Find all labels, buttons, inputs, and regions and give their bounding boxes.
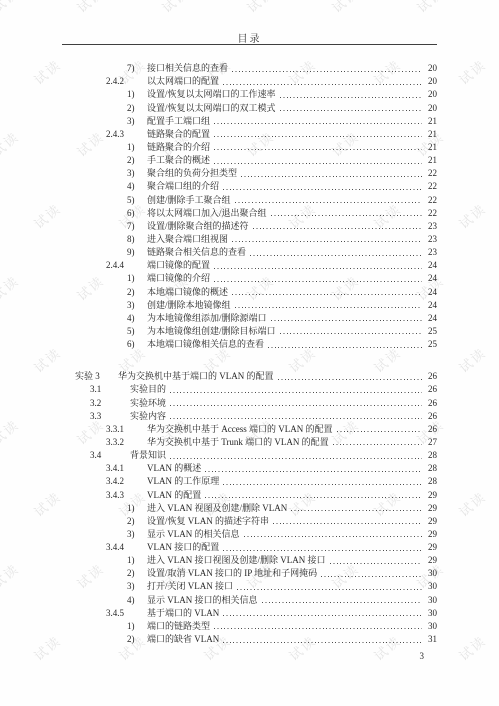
watermark-text: 试读	[454, 487, 489, 521]
toc-entry-number: 3.4.5	[106, 608, 147, 619]
toc-row: 7)接口相关信息的查看20	[0, 61, 437, 74]
toc-leader-dots	[235, 307, 422, 308]
toc-entry-label: 端口镜像的配置	[147, 260, 210, 271]
toc-entry-label: VLAN 的工作原理	[147, 476, 219, 487]
toc-page-number: 28	[425, 450, 437, 461]
toc-entry-number: 7)	[127, 221, 147, 232]
toc-entry-number: 3)	[127, 581, 147, 592]
toc-leader-dots	[244, 536, 423, 537]
toc-entry-label: 链路聚合的介绍	[147, 142, 210, 153]
toc-entry-number: 3)	[127, 168, 147, 179]
toc-entry-label: 设置/恢复 VLAN 的描述字符串	[147, 516, 269, 527]
toc-entry-number: 9)	[127, 247, 147, 258]
toc-entry-label: 设置/恢复以太网端口的工作速率	[147, 89, 276, 100]
toc-leader-dots	[223, 189, 422, 190]
watermark-text: 试读	[454, 55, 489, 89]
toc-leader-dots	[273, 523, 422, 524]
toc-leader-dots	[205, 497, 422, 498]
toc-page-number: 29	[425, 529, 437, 540]
document-page: 试读试读试读试读试读试读试读试读试读试读试读试读试读试读试读试读试读试读试读试读…	[0, 0, 499, 706]
toc-entry-label: 设置/恢复以太网端口的双工模式	[147, 103, 276, 114]
toc-entry-number: 4)	[127, 181, 147, 192]
toc-entry-label: 端口的链路类型	[147, 621, 210, 632]
toc-row: 4)聚合端口组的介绍22	[0, 179, 437, 192]
toc-leader-dots	[291, 510, 422, 511]
toc-leader-dots	[321, 576, 422, 577]
toc-row: 1)端口的链路类型30	[0, 619, 437, 632]
toc-row: 2)设置/恢复以太网端口的双工模式20	[0, 100, 437, 113]
toc-page-number: 25	[425, 339, 437, 350]
toc-page-number: 24	[425, 260, 437, 271]
toc-page-number: 23	[425, 221, 437, 232]
toc-entry-number: 2)	[127, 103, 147, 114]
toc-row: 3.3.1华为交换机中基于 Access 端口的 VLAN 的配置26	[0, 422, 437, 435]
toc-leader-dots	[223, 84, 422, 85]
toc-entry-label: 显示 VLAN 的相关信息	[147, 529, 240, 540]
watermark-text: 试读	[412, 0, 447, 16]
toc-page-number: 21	[425, 142, 437, 153]
toc-leader-dots	[330, 563, 423, 564]
toc-page-number: 29	[425, 503, 437, 514]
toc-entry-label: 为本地镜像组创建/删除目标端口	[147, 326, 276, 337]
toc-row: 3.4.5基于端口的 VLAN30	[0, 606, 437, 619]
toc-row: 2)本地端口镜像的概述24	[0, 284, 437, 297]
toc-row: 1)设置/恢复以太网端口的工作速率20	[0, 87, 437, 100]
toc-page-number: 22	[425, 168, 437, 179]
toc-entry-label: 背景知识	[130, 450, 166, 461]
toc-row: 3.1实验目的26	[0, 382, 437, 395]
toc-leader-dots	[214, 149, 422, 150]
toc-leader-dots	[280, 97, 422, 98]
toc-leader-dots	[253, 228, 422, 229]
toc-entry-number: 3.4.3	[106, 490, 147, 501]
toc-entry-label: 设置/取消 VLAN 接口的 IP 地址和子网掩码	[147, 568, 317, 579]
toc-row: 2)设置/取消 VLAN 接口的 IP 地址和子网掩码30	[0, 566, 437, 579]
toc-page-number: 24	[425, 300, 437, 311]
toc-entry-label: 实验内容	[130, 411, 166, 422]
toc-entry-number: 2)	[127, 516, 147, 527]
toc-page-number: 23	[425, 234, 437, 245]
toc-row: 3)显示 VLAN 的相关信息29	[0, 527, 437, 540]
toc-page-number: 22	[425, 208, 437, 219]
toc-entry-label: 以太网端口的配置	[147, 76, 219, 87]
watermark-text: 试读	[454, 199, 489, 233]
toc-entry-label: 本地端口镜像相关信息的查看	[147, 339, 264, 350]
toc-leader-dots	[214, 136, 422, 137]
toc-entry-label: 配置手工端口组	[147, 116, 210, 127]
toc-entry-label: 链路聚合的配置	[147, 129, 210, 140]
toc-entry-label: 设置/删除聚合组的描述符	[147, 221, 249, 232]
toc-row: 3.4.2VLAN 的工作原理28	[0, 474, 437, 487]
toc-leader-dots	[278, 379, 423, 380]
toc-entry-label: 华为交换机中基于 Access 端口的 VLAN 的配置	[147, 424, 333, 435]
toc-page-number: 28	[425, 463, 437, 474]
toc-leader-dots	[223, 615, 422, 616]
toc-entry-number: 8)	[127, 234, 147, 245]
toc-entry-number: 1)	[127, 503, 147, 514]
toc-leader-dots	[241, 176, 422, 177]
toc-entry-number: 2.4.4	[106, 260, 147, 271]
toc-page-number: 29	[425, 516, 437, 527]
toc-entry-number: 2)	[127, 568, 147, 579]
toc-page-number: 26	[425, 384, 437, 395]
toc-leader-dots	[235, 202, 422, 203]
toc-row: 5)创建/删除手工聚合组22	[0, 192, 437, 205]
toc-page-number: 30	[425, 581, 437, 592]
toc-leader-dots	[214, 163, 422, 164]
toc-entry-label: 基于端口的 VLAN	[147, 608, 219, 619]
toc-leader-dots	[223, 642, 422, 643]
toc-row: 3)打开/关闭 VLAN 接口30	[0, 579, 437, 592]
toc-page-number: 21	[425, 116, 437, 127]
toc-page-number: 21	[425, 155, 437, 166]
toc-entry-number: 3)	[127, 300, 147, 311]
toc-page-number: 30	[425, 595, 437, 606]
toc-entry-number: 3.1	[90, 384, 130, 395]
toc-leader-dots	[237, 589, 422, 590]
toc-entry-number: 1)	[127, 555, 147, 566]
toc-entry-number: 3)	[127, 529, 147, 540]
toc-row: 3)聚合组的负荷分担类型22	[0, 166, 437, 179]
toc-entry-label: 手工聚合的概述	[147, 155, 210, 166]
toc-entry-number: 实验 3	[75, 371, 118, 382]
toc-page-number: 26	[425, 398, 437, 409]
toc-entry-number: 6)	[127, 339, 147, 350]
toc-entry-label: 将以太网端口加入/退出聚合组	[147, 208, 267, 219]
toc-row: 3.4.1VLAN 的概述28	[0, 461, 437, 474]
toc-page-number: 22	[425, 195, 437, 206]
toc-row: 8)进入聚合端口组视图23	[0, 232, 437, 245]
watermark-text: 试读	[454, 343, 489, 377]
toc-leader-dots	[262, 602, 423, 603]
toc-entry-label: 接口相关信息的查看	[147, 63, 228, 74]
toc-page-number: 20	[425, 63, 437, 74]
page-footer: 3	[0, 651, 437, 661]
toc-page-number: 21	[425, 129, 437, 140]
toc-row: 3)创建/删除本地镜像组24	[0, 298, 437, 311]
watermark-text: 试读	[157, 0, 192, 16]
toc-entry-label: 聚合组的负荷分担类型	[147, 168, 237, 179]
toc-entry-number: 3.2	[90, 398, 130, 409]
toc-row: 7)设置/删除聚合组的描述符23	[0, 219, 437, 232]
toc-entry-number: 7)	[127, 63, 147, 74]
toc-page-number: 23	[425, 247, 437, 258]
toc-entry-number: 3)	[127, 116, 147, 127]
toc-leader-dots	[223, 484, 422, 485]
toc-page-number: 24	[425, 313, 437, 324]
toc-leader-dots	[333, 444, 422, 445]
watermark-text: 试读	[0, 0, 23, 16]
toc-page-number: 30	[425, 608, 437, 619]
toc-page-number: 29	[425, 555, 437, 566]
toc-entry-label: 进入 VLAN 接口视图及创建/删除 VLAN 接口	[147, 555, 326, 566]
toc-entry-number: 5)	[127, 195, 147, 206]
toc-entry-number: 4)	[127, 595, 147, 606]
toc-row: 2.4.2以太网端口的配置20	[0, 74, 437, 87]
toc-row: 2)手工聚合的概述21	[0, 153, 437, 166]
toc-entry-number: 1)	[127, 273, 147, 284]
toc-page-number: 31	[425, 634, 437, 645]
toc-page-number: 26	[425, 371, 437, 382]
toc-leader-dots	[232, 294, 422, 295]
toc-entry-number: 5)	[127, 326, 147, 337]
page-number: 3	[420, 651, 425, 661]
toc-leader-dots	[232, 71, 422, 72]
toc-entry-number: 4)	[127, 313, 147, 324]
toc-row: 2.4.4端口镜像的配置24	[0, 258, 437, 271]
toc-row: 4)为本地镜像组添加/删除源端口24	[0, 311, 437, 324]
toc-entry-label: 华为交换机中基于 Trunk 端口的 VLAN 的配置	[147, 437, 329, 448]
toc-block: 实验 3华为交换机中基于端口的 VLAN 的配置263.1实验目的263.2实验…	[0, 369, 437, 645]
toc-row: 2)设置/恢复 VLAN 的描述字符串29	[0, 514, 437, 527]
toc-page-number: 20	[425, 89, 437, 100]
watermark-text: 试读	[242, 0, 277, 16]
toc-entry-number: 1)	[127, 621, 147, 632]
toc-entry-label: VLAN 的概述	[147, 463, 201, 474]
toc-row: 5)为本地镜像组创建/删除目标端口25	[0, 324, 437, 337]
toc-entry-label: 聚合端口组的介绍	[147, 181, 219, 192]
toc-entry-number: 3.3	[90, 411, 130, 422]
toc-entry-label: 进入聚合端口组视图	[147, 234, 228, 245]
toc-entry-number: 3.4	[90, 450, 130, 461]
toc-leader-dots	[214, 281, 422, 282]
toc-page-number: 22	[425, 181, 437, 192]
toc-row: 1)链路聚合的介绍21	[0, 140, 437, 153]
toc-page-number: 29	[425, 490, 437, 501]
toc-row: 4)显示 VLAN 接口的相关信息30	[0, 592, 437, 605]
toc-entry-label: VLAN 接口的配置	[147, 542, 219, 553]
toc-page-number: 20	[425, 103, 437, 114]
toc-page-number: 26	[425, 411, 437, 422]
toc-row: 1)端口镜像的介绍24	[0, 271, 437, 284]
toc-row: 3.2实验环境26	[0, 395, 437, 408]
toc-entry-label: 实验目的	[130, 384, 166, 395]
toc-row: 9)链路聚合相关信息的查看23	[0, 245, 437, 258]
toc-page-number: 30	[425, 568, 437, 579]
toc-leader-dots	[280, 333, 422, 334]
toc-entry-number: 3.3.2	[106, 437, 147, 448]
toc-leader-dots	[214, 123, 422, 124]
toc-leader-dots	[232, 241, 422, 242]
toc-entry-number: 3.4.4	[106, 542, 147, 553]
toc-leader-dots	[170, 458, 422, 459]
toc-row: 1)进入 VLAN 视图及创建/删除 VLAN29	[0, 501, 437, 514]
toc-page-number: 27	[425, 437, 437, 448]
toc-row: 3.4背景知识28	[0, 448, 437, 461]
toc-page-number: 30	[425, 621, 437, 632]
toc-entry-label: 进入 VLAN 视图及创建/删除 VLAN	[147, 503, 287, 514]
toc-row: 3)配置手工端口组21	[0, 114, 437, 127]
toc-entry-label: 创建/删除本地镜像组	[147, 300, 231, 311]
toc-leader-dots	[170, 418, 422, 419]
toc-entry-label: 链路聚合相关信息的查看	[147, 247, 246, 258]
toc-row: 2.4.3链路聚合的配置21	[0, 127, 437, 140]
toc-entry-number: 3.4.1	[106, 463, 147, 474]
toc-leader-dots	[214, 268, 422, 269]
toc-row: 6)本地端口镜像相关信息的查看25	[0, 337, 437, 350]
toc-entry-label: 创建/删除手工聚合组	[147, 195, 231, 206]
toc-leader-dots	[214, 628, 422, 629]
toc-entry-label: 打开/关闭 VLAN 接口	[147, 581, 233, 592]
watermark-text: 试读	[72, 0, 107, 16]
toc-entry-label: 端口镜像的介绍	[147, 273, 210, 284]
toc-row: 3.4.4VLAN 接口的配置29	[0, 540, 437, 553]
toc-page-number: 24	[425, 287, 437, 298]
toc-entry-label: 为本地镜像组添加/删除源端口	[147, 313, 267, 324]
toc-entry-label: 实验环境	[130, 398, 166, 409]
toc-entry-number: 2.4.3	[106, 129, 147, 140]
toc-leader-dots	[170, 392, 422, 393]
toc-page-number: 26	[425, 424, 437, 435]
toc-row: 3.4.3VLAN 的配置29	[0, 487, 437, 500]
toc-leader-dots	[250, 255, 422, 256]
toc-leader-dots	[223, 550, 422, 551]
toc-leader-dots	[280, 110, 422, 111]
toc-entry-label: 显示 VLAN 接口的相关信息	[147, 595, 258, 606]
toc-row: 1)进入 VLAN 接口视图及创建/删除 VLAN 接口29	[0, 553, 437, 566]
header-divider	[62, 44, 437, 45]
toc-entry-number: 2.4.2	[106, 76, 147, 87]
toc-row: 3.3实验内容26	[0, 409, 437, 422]
toc-row: 3.3.2华为交换机中基于 Trunk 端口的 VLAN 的配置27	[0, 435, 437, 448]
toc-entry-number: 1)	[127, 89, 147, 100]
toc-leader-dots	[271, 215, 422, 216]
toc-page-number: 24	[425, 273, 437, 284]
toc-entry-label: 端口的缺省 VLAN	[147, 634, 219, 645]
watermark-text: 试读	[327, 0, 362, 16]
toc-entry-number: 3.3.1	[106, 424, 147, 435]
toc-entry-number: 2)	[127, 287, 147, 298]
toc-entry-label: VLAN 的配置	[147, 490, 201, 501]
toc-entry-number: 3.4.2	[106, 476, 147, 487]
toc-entry-number: 6)	[127, 208, 147, 219]
toc-row: 实验 3华为交换机中基于端口的 VLAN 的配置26	[0, 369, 437, 382]
toc-leader-dots	[271, 320, 422, 321]
toc-leader-dots	[337, 431, 423, 432]
toc-row: 2)端口的缺省 VLAN31	[0, 632, 437, 645]
page-title: 目录	[0, 30, 499, 45]
toc-entry-number: 2)	[127, 155, 147, 166]
toc-entry-number: 1)	[127, 142, 147, 153]
toc-entry-number: 2)	[127, 634, 147, 645]
toc-entry-label: 本地端口镜像的概述	[147, 287, 228, 298]
toc-page-number: 28	[425, 476, 437, 487]
toc-leader-dots	[205, 471, 422, 472]
toc-row: 6)将以太网端口加入/退出聚合组22	[0, 206, 437, 219]
toc-leader-dots	[170, 405, 422, 406]
toc: 7)接口相关信息的查看202.4.2以太网端口的配置201)设置/恢复以太网端口…	[0, 61, 437, 645]
toc-leader-dots	[268, 347, 422, 348]
toc-block: 7)接口相关信息的查看202.4.2以太网端口的配置201)设置/恢复以太网端口…	[0, 61, 437, 350]
toc-entry-label: 华为交换机中基于端口的 VLAN 的配置	[118, 371, 274, 382]
toc-page-number: 25	[425, 326, 437, 337]
watermark-text: 试读	[454, 631, 489, 665]
toc-page-number: 29	[425, 542, 437, 553]
toc-page-number: 20	[425, 76, 437, 87]
